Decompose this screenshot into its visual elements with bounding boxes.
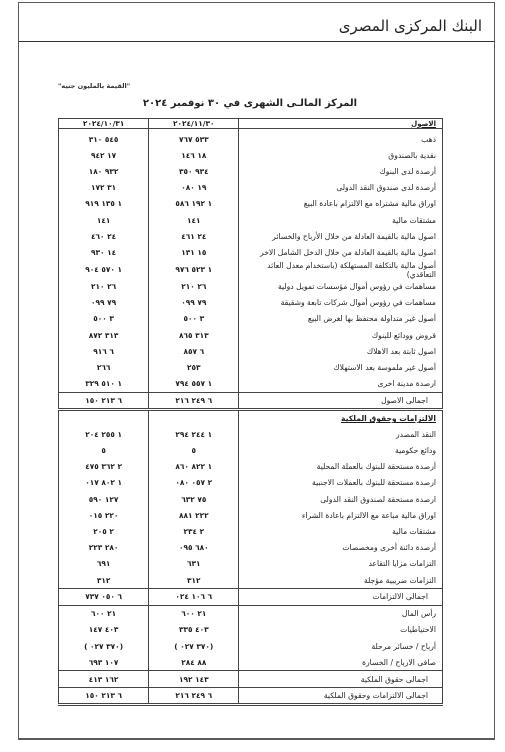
- value-previous: ٦ ٢١٣ ١٥٠: [59, 392, 149, 410]
- table-row: أصول غير ملموسة بعد الاستهلاك٢٥٣٢٦٦: [59, 359, 443, 375]
- table-row: مشتقات مالية٢ ٢٣٤٢ ٢٠٥: [59, 523, 443, 539]
- total-assets-row: اجمالى الاصول٦ ٢٤٩ ٢١٦٦ ٢١٣ ١٥٠: [59, 392, 443, 410]
- value-current: [149, 410, 239, 427]
- row-label: أرصدة لدى البنوك: [239, 163, 443, 179]
- value-previous: ٢٨٠ ٢٢٣: [59, 540, 149, 556]
- value-previous: ١٠٧ ٦٩٣: [59, 654, 149, 671]
- value-current: ٨٨ ٢٨٤: [149, 654, 239, 671]
- table-row: أرصدة لدى البنوك٩٣٤ ٣٥٠٩٣٢ ١٨٠: [59, 163, 443, 179]
- value-current: ٥٣٣ ٧٦٧: [149, 129, 239, 148]
- value-previous: ٢٢٠ ٠١٥: [59, 507, 149, 523]
- value-current: ٤٠٣ ٣٣٥: [149, 622, 239, 638]
- table-row: اصول مالية بالقيمة العادلة من خلال الدخل…: [59, 244, 443, 260]
- table-row: نقدية بالصندوق١٨ ١٤٦١٧ ٩٤٢: [59, 147, 443, 163]
- row-label: مساهمات في رؤوس أموال شركات تابعة وشقيقة: [239, 295, 443, 311]
- value-previous: ٦ ٩١٦: [59, 343, 149, 359]
- value-current: ١ ٥٢٣ ٩٧٦: [149, 261, 239, 279]
- value-previous: ٢٦ ٢١٠: [59, 279, 149, 295]
- value-previous: ٢ ٣٦٢ ٤٧٥: [59, 459, 149, 475]
- table-row: مشتقات مالية١٤١١٤١: [59, 212, 443, 228]
- value-current: ٢ ٠٥٧ ٠٨٠: [149, 475, 239, 491]
- row-label: اجمالى حقوق الملكية: [239, 671, 443, 688]
- value-previous: ٣١٣ ٨٧٢: [59, 327, 149, 343]
- table-row: ودائع حكومية٥٥: [59, 443, 443, 459]
- table-row: التزامات مزايا التقاعد٦٣١٦٩١: [59, 556, 443, 572]
- value-current: ٢٢٢ ٨٨١: [149, 507, 239, 523]
- value-current: ١٤١: [149, 212, 239, 228]
- row-label: التزامات ضريبية مؤجلة: [239, 572, 443, 589]
- table-row: اصول ثابتة بعد الاهلاك٦ ٨٥٧٦ ٩١٦: [59, 343, 443, 359]
- table-row: النقد المصدر١ ٢٤٤ ٢٩٤١ ٢٥٥ ٢٠٤: [59, 426, 443, 442]
- table-row: التزامات ضريبية مؤجلة٣١٢٣١٢: [59, 572, 443, 589]
- value-current: ١ ٨٢٢ ٨٦٠: [149, 459, 239, 475]
- value-previous: ٣١ ١٧٢: [59, 180, 149, 196]
- bank-name: البنك المركزى المصرى: [339, 17, 482, 35]
- value-previous: ١ ٨٠٢ ٠١٧: [59, 475, 149, 491]
- row-label: ارصدة مستحقة لصندوق النقد الدولى: [239, 491, 443, 507]
- row-label: اجمالى الاصول: [239, 392, 443, 410]
- table-row: ارصدة مستحقة للبنوك بالعملات الاجنبية٢ ٠…: [59, 475, 443, 491]
- table-row: الاحتياطيات٤٠٣ ٣٣٥٤٠٣ ١٤٧: [59, 622, 443, 638]
- row-label: أرباح / خسائر مرحلة: [239, 638, 443, 654]
- value-current: ٦ ٨٥٧: [149, 343, 239, 359]
- value-current: ٧٩ ٠٩٩: [149, 295, 239, 311]
- value-previous: ٢١ ٦٠٠: [59, 605, 149, 622]
- row-label: رأس المال: [239, 605, 443, 622]
- table-row: صافى الارباح / الخسارة٨٨ ٢٨٤١٠٧ ٦٩٣: [59, 654, 443, 671]
- value-current: ٣١٢: [149, 572, 239, 589]
- value-current: ٢٦ ٢١٠: [149, 279, 239, 295]
- table-row: مساهمات في رؤوس أموال مؤسسات تمويل دولية…: [59, 279, 443, 295]
- row-label: مشتقات مالية: [239, 212, 443, 228]
- value-current: ١٤٣ ١٩٢: [149, 671, 239, 688]
- value-current: ١٩ ٠٨٠: [149, 180, 239, 196]
- value-current: ٦ ٢٤٩ ٢١٦: [149, 392, 239, 410]
- row-label: مشتقات مالية: [239, 523, 443, 539]
- page-header: البنك المركزى المصرى: [19, 3, 494, 42]
- row-label: أرصدة مستحقة للبنوك بالعملة المحلية: [239, 459, 443, 475]
- value-previous: ٦٩١: [59, 556, 149, 572]
- column-header-previous-date: ٢٠٢٤/١٠/٣١: [59, 119, 149, 129]
- value-previous: [59, 410, 149, 427]
- value-current: ١٨ ١٤٦: [149, 147, 239, 163]
- value-previous: ١٤ ٩٣٠: [59, 244, 149, 260]
- table-row: ذهب٥٣٣ ٧٦٧٥٤٥ ٣١٠: [59, 129, 443, 148]
- value-current: ٣١٣ ٨٦٥: [149, 327, 239, 343]
- value-current: ١ ٢٤٤ ٢٩٤: [149, 426, 239, 442]
- table-row: أرباح / خسائر مرحلة( ٣٧٠ ٠٢٧)( ٣٧٠ ٠٢٧): [59, 638, 443, 654]
- row-label: مساهمات في رؤوس أموال مؤسسات تمويل دولية: [239, 279, 443, 295]
- value-current: ٥: [149, 443, 239, 459]
- table-row: ارصدة مستحقة لصندوق النقد الدولى٧٥ ٦٣٢١٢…: [59, 491, 443, 507]
- value-previous: ١٧ ٩٤٢: [59, 147, 149, 163]
- value-current: ٢١ ٦٠٠: [149, 605, 239, 622]
- value-previous: ٦ ٢١٣ ١٥٠: [59, 687, 149, 705]
- row-label: اوراق مالية مشتراه مع الالتزام باعادة ال…: [239, 196, 443, 212]
- row-label: الالتزامات وحقوق الملكية: [239, 410, 443, 427]
- row-label: أصول غير متداولة محتفظ بها لغرض البيع: [239, 311, 443, 327]
- table-row: أصول غير متداولة محتفظ بها لغرض البيع٣ ٥…: [59, 311, 443, 327]
- value-previous: ٥: [59, 443, 149, 459]
- value-previous: ١ ٢٥٥ ٢٠٤: [59, 426, 149, 442]
- value-previous: ٩٣٢ ١٨٠: [59, 163, 149, 179]
- value-previous: ٢٤ ٤٦٠: [59, 228, 149, 244]
- row-label: التزامات مزايا التقاعد: [239, 556, 443, 572]
- value-current: ٣ ٥٠٠: [149, 311, 239, 327]
- value-current: ٢٤ ٤٦١: [149, 228, 239, 244]
- row-label: اصول ثابتة بعد الاهلاك: [239, 343, 443, 359]
- row-label: ارصدة مستحقة للبنوك بالعملات الاجنبية: [239, 475, 443, 491]
- value-current: ٢٥٣: [149, 359, 239, 375]
- total-liabilities-equity-row: اجمالى الالتزامات وحقوق الملكية٦ ٢٤٩ ٢١٦…: [59, 687, 443, 705]
- table-row: مساهمات في رؤوس أموال شركات تابعة وشقيقة…: [59, 295, 443, 311]
- value-current: ٦ ٢٤٩ ٢١٦: [149, 687, 239, 705]
- row-label: أصول غير ملموسة بعد الاستهلاك: [239, 359, 443, 375]
- row-label: نقدية بالصندوق: [239, 147, 443, 163]
- total-liabilities-row: اجمالى الالتزامات٦ ١٠٦ ٠٢٤٦ ٠٥٠ ٧٣٧: [59, 589, 443, 606]
- row-label: قروض وودائع للبنوك: [239, 327, 443, 343]
- row-label: اصول مالية بالقيمة العادلة من خلال الأرب…: [239, 228, 443, 244]
- row-label: صافى الارباح / الخسارة: [239, 654, 443, 671]
- value-previous: ١٤١: [59, 212, 149, 228]
- value-current: ٩٣٤ ٣٥٠: [149, 163, 239, 179]
- column-header-current-date: ٢٠٢٤/١١/٣٠: [149, 119, 239, 129]
- row-label: اوراق مالية مباعة مع الالتزام باعادة الش…: [239, 507, 443, 523]
- table-row: أرصدة مستحقة للبنوك بالعملة المحلية١ ٨٢٢…: [59, 459, 443, 475]
- row-label: النقد المصدر: [239, 426, 443, 442]
- table-header-row: الاصول ٢٠٢٤/١١/٣٠ ٢٠٢٤/١٠/٣١: [59, 119, 443, 129]
- table-row: اوراق مالية مباعة مع الالتزام باعادة الش…: [59, 507, 443, 523]
- value-previous: ١ ٥١٠ ٣٢٩: [59, 376, 149, 393]
- value-previous: ٣ ٥٠٠: [59, 311, 149, 327]
- row-label: أصول مالية بالتكلفة المستهلكة (باستخدام …: [239, 261, 443, 279]
- row-label: ودائع حكومية: [239, 443, 443, 459]
- table-row: اوراق مالية مشتراه مع الالتزام باعادة ال…: [59, 196, 443, 212]
- row-label: اجمالى الالتزامات وحقوق الملكية: [239, 687, 443, 705]
- table-row: أصول مالية بالتكلفة المستهلكة (باستخدام …: [59, 261, 443, 279]
- liabilities-section-header: الالتزامات وحقوق الملكية: [59, 410, 443, 427]
- value-current: ٦٨٠ ٠٩٥: [149, 540, 239, 556]
- value-previous: ١ ١٣٥ ٩١٩: [59, 196, 149, 212]
- row-label: أرصدة دائنة أخرى ومخصصات: [239, 540, 443, 556]
- table-row: أرصدة لدى صندوق النقد الدولى١٩ ٠٨٠٣١ ١٧٢: [59, 180, 443, 196]
- unit-note: "القيمة بالمليون جنيه": [58, 82, 130, 90]
- table-row: أرصدة دائنة أخرى ومخصصات٦٨٠ ٠٩٥٢٨٠ ٢٢٣: [59, 540, 443, 556]
- value-current: ١ ٥٥٧ ٧٩٤: [149, 376, 239, 393]
- table-row: رأس المال٢١ ٦٠٠٢١ ٦٠٠: [59, 605, 443, 622]
- row-label: ذهب: [239, 129, 443, 148]
- value-previous: ١٢٧ ٥٩٠: [59, 491, 149, 507]
- row-label: اصول مالية بالقيمة العادلة من خلال الدخل…: [239, 244, 443, 260]
- row-label: ارصدة مدينة اخرى: [239, 376, 443, 393]
- balance-sheet-table: الاصول ٢٠٢٤/١١/٣٠ ٢٠٢٤/١٠/٣١ ذهب٥٣٣ ٧٦٧٥…: [58, 118, 443, 706]
- value-current: ٢ ٢٣٤: [149, 523, 239, 539]
- value-previous: ٢ ٢٠٥: [59, 523, 149, 539]
- value-current: ١ ١٩٢ ٥٨٦: [149, 196, 239, 212]
- table-row: ارصدة مدينة اخرى١ ٥٥٧ ٧٩٤١ ٥١٠ ٣٢٩: [59, 376, 443, 393]
- value-previous: ١ ٥٧٠ ٩٠٤: [59, 261, 149, 279]
- value-previous: ٤٠٣ ١٤٧: [59, 622, 149, 638]
- value-current: ٦ ١٠٦ ٠٢٤: [149, 589, 239, 606]
- row-label: الاحتياطيات: [239, 622, 443, 638]
- row-label: اجمالى الالتزامات: [239, 589, 443, 606]
- value-current: ١٥ ١٣١: [149, 244, 239, 260]
- value-current: ٦٣١: [149, 556, 239, 572]
- value-previous: ٧٩ ٠٩٩: [59, 295, 149, 311]
- value-current: ٧٥ ٦٣٢: [149, 491, 239, 507]
- value-previous: ٥٤٥ ٣١٠: [59, 129, 149, 148]
- column-header-assets: الاصول: [239, 119, 443, 129]
- value-previous: ١٦٢ ٤١٣: [59, 671, 149, 688]
- total-equity-row: اجمالى حقوق الملكية١٤٣ ١٩٢١٦٢ ٤١٣: [59, 671, 443, 688]
- table-row: قروض وودائع للبنوك٣١٣ ٨٦٥٣١٣ ٨٧٢: [59, 327, 443, 343]
- value-previous: ٢٦٦: [59, 359, 149, 375]
- value-previous: ( ٣٧٠ ٠٢٧): [59, 638, 149, 654]
- value-current: ( ٣٧٠ ٠٢٧): [149, 638, 239, 654]
- table-row: اصول مالية بالقيمة العادلة من خلال الأرب…: [59, 228, 443, 244]
- document-title: المركز المالـى الشهرى في ٣٠ نوفمبر ٢٠٢٤: [58, 98, 442, 109]
- row-label: أرصدة لدى صندوق النقد الدولى: [239, 180, 443, 196]
- value-previous: ٦ ٠٥٠ ٧٣٧: [59, 589, 149, 606]
- value-previous: ٣١٢: [59, 572, 149, 589]
